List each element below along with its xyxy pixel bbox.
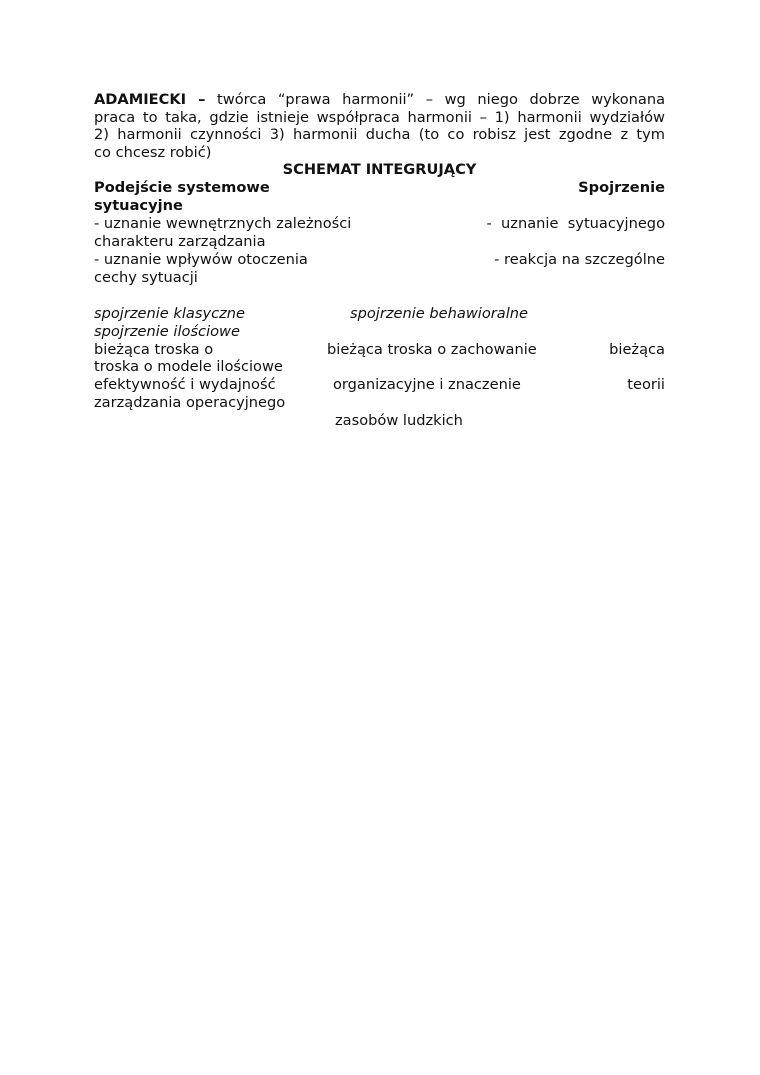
situational-point-2-cont: cechy sytuacji: [94, 269, 198, 287]
systemic-point-1: - uznanie wewnętrznych zależności: [94, 215, 351, 233]
paragraph-line-3: 2) harmonii czynności 3) harmonii ducha …: [94, 126, 665, 144]
quantitative-desc-1: bieżąca: [609, 341, 665, 359]
behavioral-desc-2: organizacyjne i znaczenie: [333, 376, 521, 394]
behavioral-desc-1: bieżąca troska o zachowanie: [327, 341, 537, 359]
systemic-point-2: - uznanie wpływów otoczenia: [94, 251, 308, 269]
author-name: ADAMIECKI –: [94, 91, 205, 108]
paragraph-line-1: ADAMIECKI – twórca “prawa harmonii” – wg…: [94, 91, 665, 109]
section-title: SCHEMAT INTEGRUJĄCY: [94, 161, 665, 179]
view-behavioral: spojrzenie behawioralne: [350, 305, 528, 323]
paragraph-line-2: praca to taka, gdzie istnieje współpraca…: [94, 109, 665, 127]
situational-point-2: - reakcja na szczególne: [494, 251, 665, 269]
heading-situational-cont: sytuacyjne: [94, 197, 183, 215]
heading-systemic: Podejście systemowe: [94, 179, 270, 197]
situational-point-1-cont: charakteru zarządzania: [94, 233, 266, 251]
quantitative-desc-3: teorii: [627, 376, 665, 394]
view-quantitative: spojrzenie ilościowe: [94, 323, 240, 341]
paragraph-text: twórca “prawa harmonii” – wg niego dobrz…: [217, 91, 665, 108]
quantitative-desc-2: troska o modele ilościowe: [94, 358, 283, 376]
classic-desc-1: bieżąca troska o: [94, 341, 213, 359]
view-classic: spojrzenie klasyczne: [94, 305, 245, 323]
quantitative-desc-4: zarządzania operacyjnego: [94, 394, 285, 412]
heading-situational: Spojrzenie: [578, 179, 665, 197]
classic-desc-2: efektywność i wydajność: [94, 376, 276, 394]
situational-point-1: - uznanie sytuacyjnego: [487, 215, 666, 233]
paragraph-line-4: co chcesz robić): [94, 144, 665, 162]
behavioral-desc-3: zasobów ludzkich: [335, 412, 463, 430]
